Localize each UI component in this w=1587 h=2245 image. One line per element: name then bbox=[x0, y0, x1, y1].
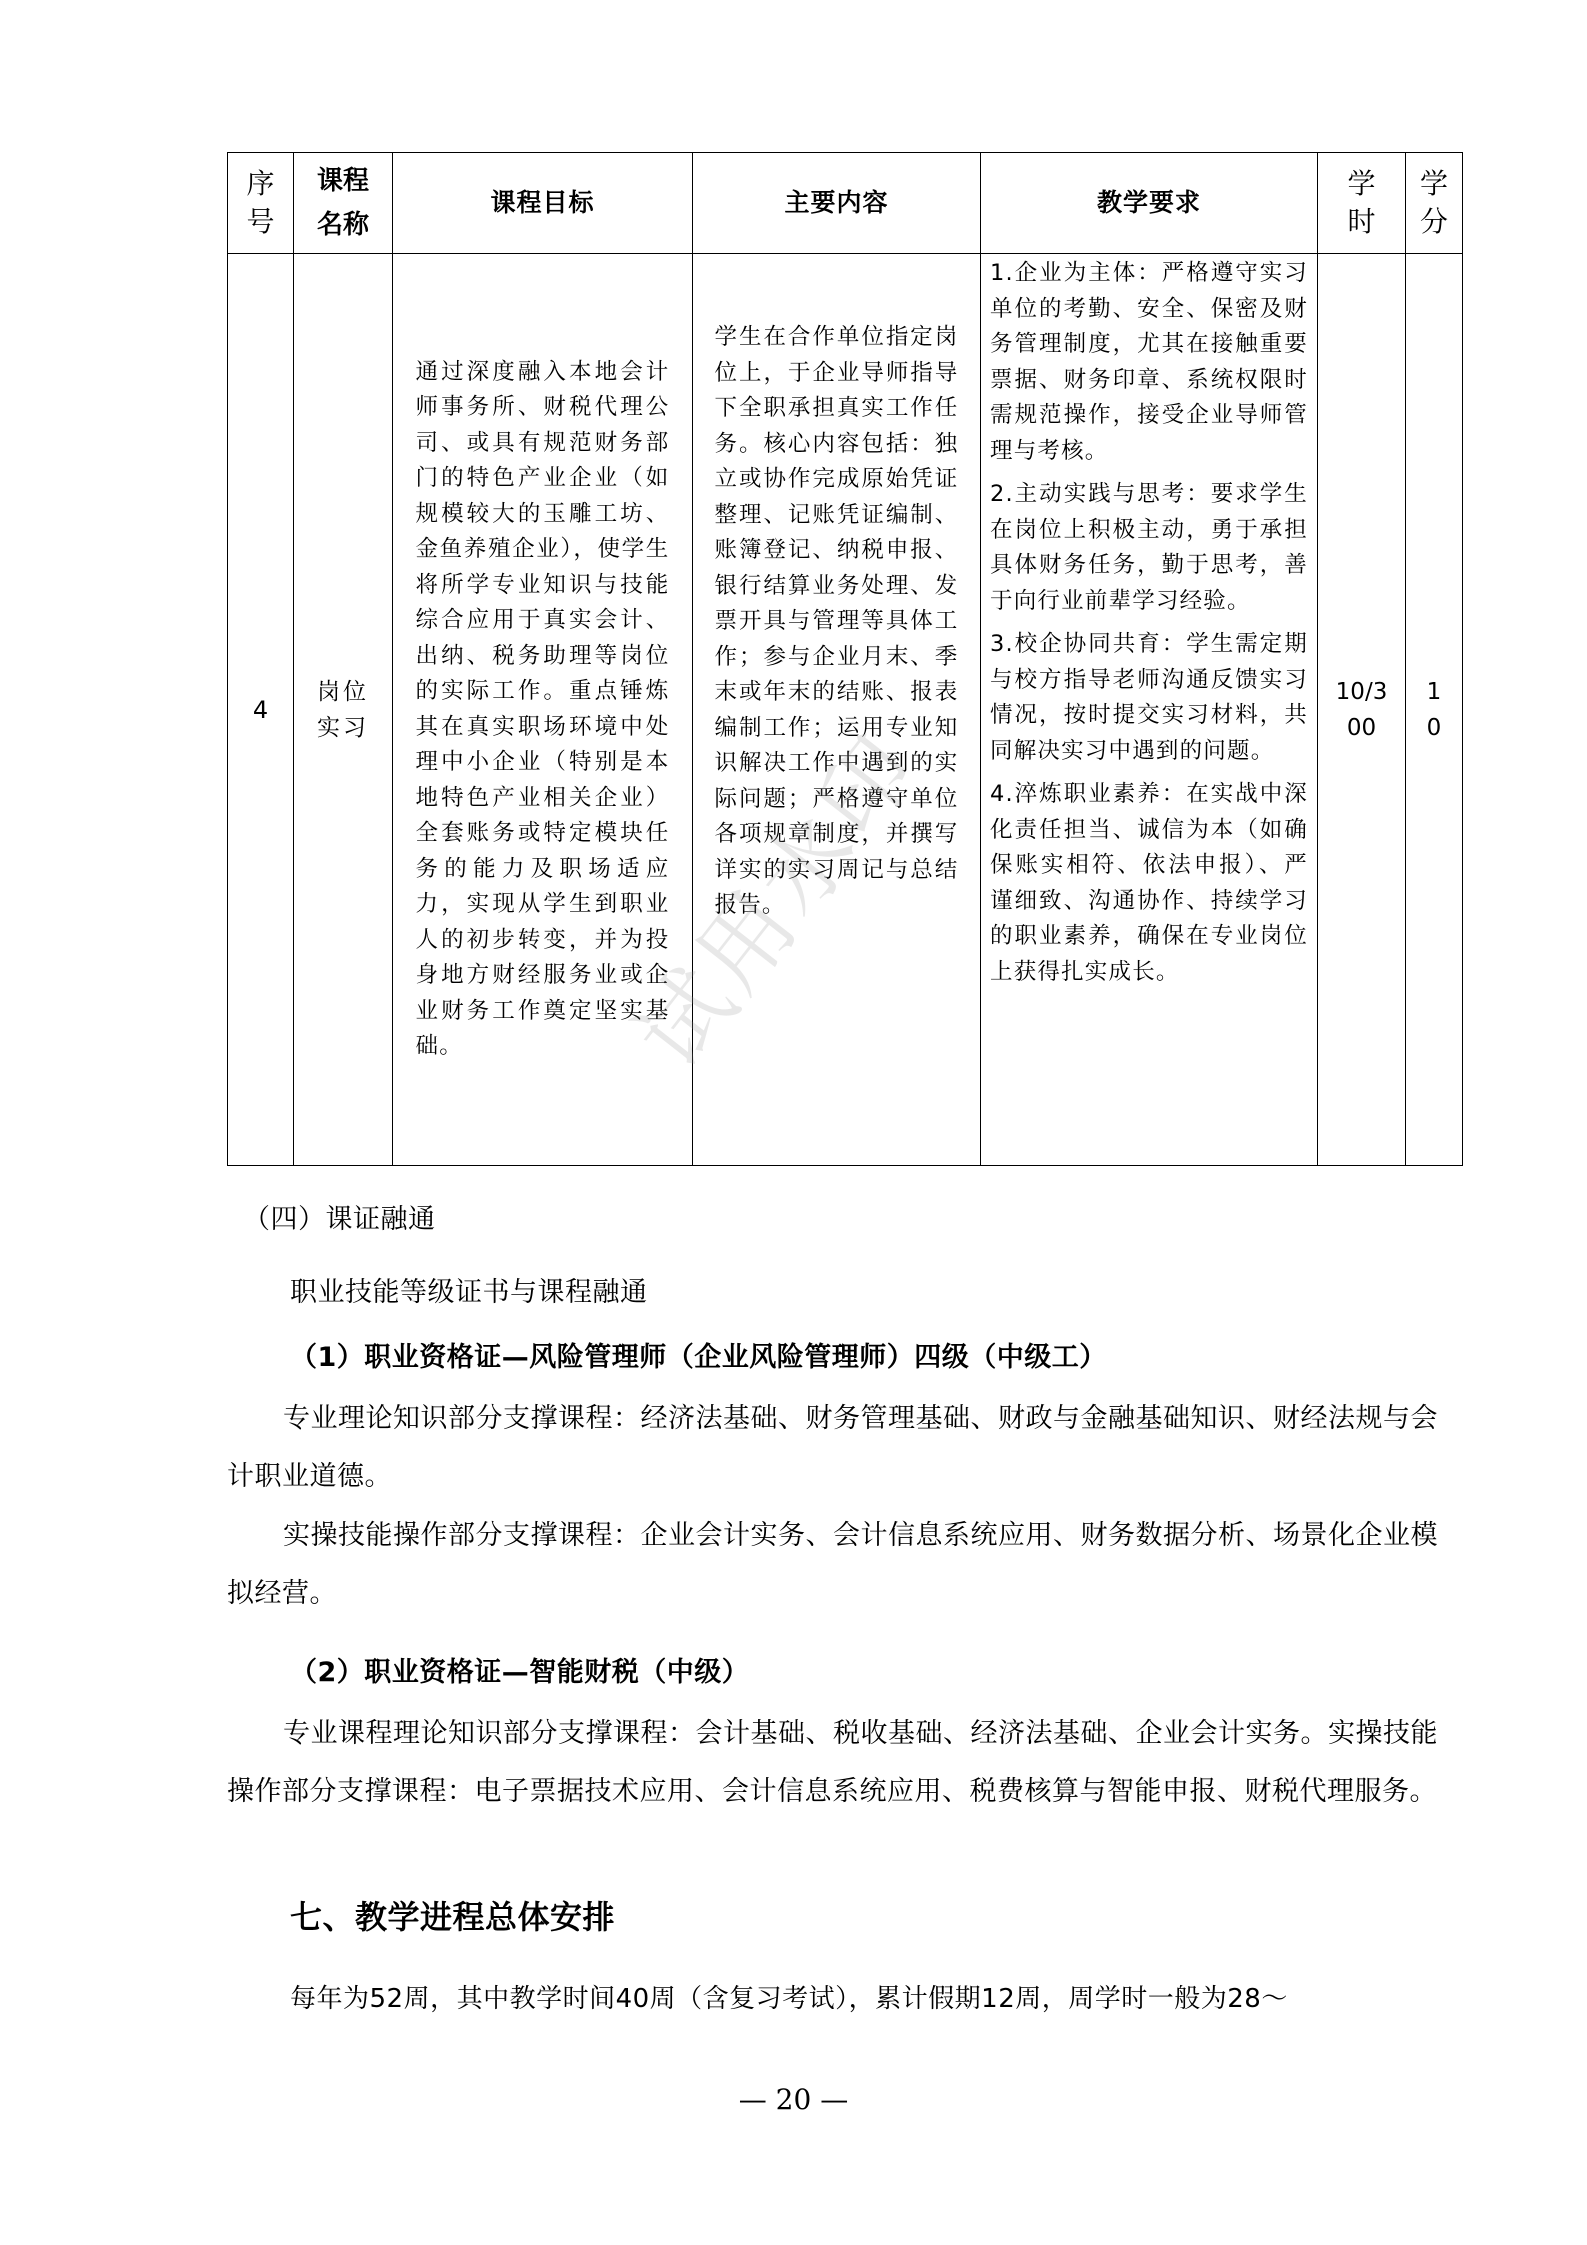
cert2-title: （2）职业资格证—智能财税（中级） bbox=[290, 1650, 1525, 1689]
header-hours: 学时 bbox=[1318, 153, 1406, 254]
header-requirements: 教学要求 bbox=[981, 153, 1318, 254]
header-seq: 序号 bbox=[228, 153, 294, 254]
header-course-name: 课程名称 bbox=[294, 153, 393, 254]
cert2-body: 专业课程理论知识部分支撑课程：会计基础、税收基础、经济法基础、企业会计实务。实操… bbox=[227, 1705, 1462, 1821]
section-four-intro: 职业技能等级证书与课程融通 bbox=[290, 1270, 1525, 1309]
cell-credits: 10 bbox=[1406, 254, 1463, 1166]
document-page: 序号 课程名称 课程目标 主要内容 教学要求 学时 学分 4 岗位实习 通过深度… bbox=[0, 0, 1587, 2245]
section-four-heading: （四）课证融通 bbox=[243, 1197, 1478, 1236]
header-goal: 课程目标 bbox=[393, 153, 693, 254]
chapter-seven-body: 每年为52周，其中教学时间40周（含复习考试），累计假期12周，周学时一般为28… bbox=[290, 1978, 1470, 2015]
chapter-seven-heading: 七、教学进程总体安排 bbox=[290, 1892, 1525, 1938]
cert1-practice: 实操技能操作部分支撑课程：企业会计实务、会计信息系统应用、财务数据分析、场景化企… bbox=[227, 1507, 1462, 1623]
requirements-list: 1.企业为主体：严格遵守实习单位的考勤、安全、保密及财务管理制度，尤其在接触重要… bbox=[990, 256, 1308, 990]
table-header-row: 序号 课程名称 课程目标 主要内容 教学要求 学时 学分 bbox=[228, 153, 1463, 254]
cell-course-name: 岗位实习 bbox=[294, 254, 393, 1166]
header-content: 主要内容 bbox=[693, 153, 981, 254]
cert1-theory: 专业理论知识部分支撑课程：经济法基础、财务管理基础、财政与金融基础知识、财经法规… bbox=[227, 1390, 1462, 1506]
header-credits: 学分 bbox=[1406, 153, 1463, 254]
requirement-item: 1.企业为主体：严格遵守实习单位的考勤、安全、保密及财务管理制度，尤其在接触重要… bbox=[990, 256, 1308, 469]
cell-seq: 4 bbox=[228, 254, 294, 1166]
cert1-title: （1）职业资格证—风险管理师（企业风险管理师）四级（中级工） bbox=[290, 1335, 1525, 1374]
cell-hours: 10/300 bbox=[1318, 254, 1406, 1166]
requirement-item: 4.淬炼职业素养：在实战中深化责任担当、诚信为本（如确保账实相符、依法申报）、严… bbox=[990, 777, 1308, 990]
page-number: — 20 — bbox=[0, 2083, 1587, 2116]
table-row: 4 岗位实习 通过深度融入本地会计师事务所、财税代理公司、或具有规范财务部门的特… bbox=[228, 254, 1463, 1166]
cell-goal: 通过深度融入本地会计师事务所、财税代理公司、或具有规范财务部门的特色产业企业（如… bbox=[393, 254, 693, 1166]
cell-requirements: 1.企业为主体：严格遵守实习单位的考勤、安全、保密及财务管理制度，尤其在接触重要… bbox=[981, 254, 1318, 1166]
requirement-item: 3.校企协同共育：学生需定期与校方指导老师沟通反馈实习情况，按时提交实习材料，共… bbox=[990, 627, 1308, 769]
course-table: 序号 课程名称 课程目标 主要内容 教学要求 学时 学分 4 岗位实习 通过深度… bbox=[227, 152, 1463, 1166]
requirement-item: 2.主动实践与思考：要求学生在岗位上积极主动，勇于承担具体财务任务，勤于思考，善… bbox=[990, 477, 1308, 619]
cell-content: 学生在合作单位指定岗位上，于企业导师指导下全职承担真实工作任务。核心内容包括：独… bbox=[693, 254, 981, 1166]
